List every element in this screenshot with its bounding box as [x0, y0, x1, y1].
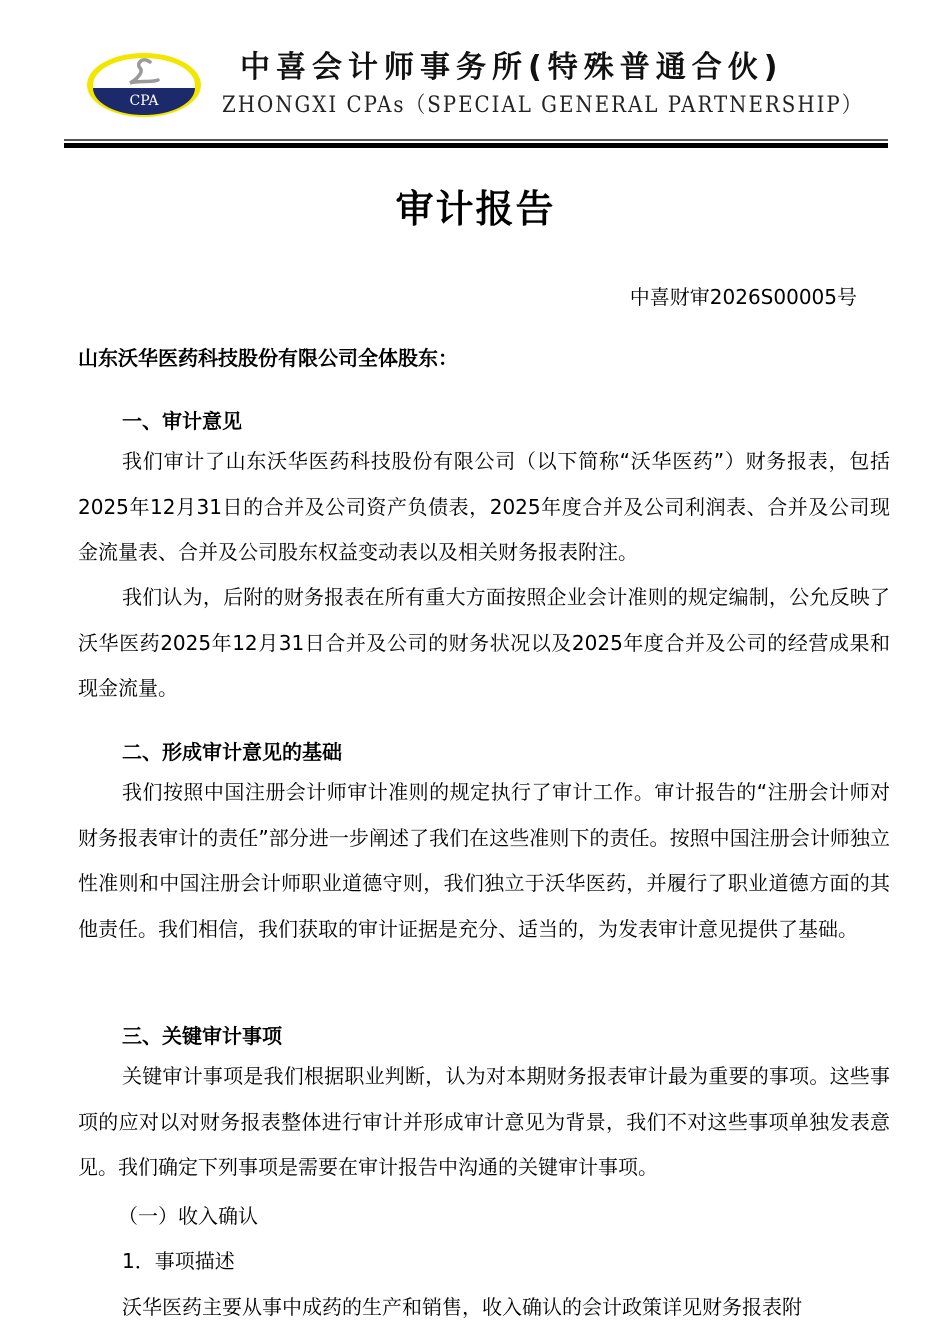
section-heading-basis: 二、形成审计意见的基础 — [122, 736, 342, 765]
paragraph-key-matters: 关键审计事项是我们根据职业判断，认为对本期财务报表审计最为重要的事项。这些事项的… — [78, 1054, 890, 1191]
firm-name-chinese: 中喜会计师事务所(特殊普通合伙) — [240, 42, 783, 86]
subsection-heading-revenue: （一）收入确认 — [118, 1200, 258, 1229]
report-title: 审计报告 — [0, 178, 951, 233]
svg-text:CPA: CPA — [130, 93, 160, 109]
section-heading-audit-opinion: 一、审计意见 — [122, 405, 242, 434]
header-divider-thick — [64, 143, 888, 148]
paragraph-basis: 我们按照中国注册会计师审计准则的规定执行了审计工作。审计报告的“注册会计师对财务… — [78, 770, 890, 952]
addressee: 山东沃华医药科技股份有限公司全体股东： — [78, 342, 458, 371]
paragraph-audit-scope: 我们审计了山东沃华医药科技股份有限公司（以下简称“沃华医药”）财务报表，包括20… — [78, 439, 890, 576]
paragraph-opinion: 我们认为，后附的财务报表在所有重大方面按照企业会计准则的规定编制，公允反映了沃华… — [78, 575, 890, 712]
section-heading-key-matters: 三、关键审计事项 — [122, 1020, 282, 1049]
firm-name-english: ZHONGXI CPAs（SPECIAL GENERAL PARTNERSHIP… — [222, 88, 863, 119]
item-heading-description: 1．事项描述 — [122, 1245, 235, 1274]
cpa-logo-icon: CPA — [84, 50, 204, 120]
header-divider-thin — [64, 139, 888, 141]
report-reference-number: 中喜财审2026S00005号 — [630, 281, 857, 310]
paragraph-revenue-description: 沃华医药主要从事中成药的生产和销售，收入确认的会计政策详见财务报表附 — [122, 1291, 802, 1320]
